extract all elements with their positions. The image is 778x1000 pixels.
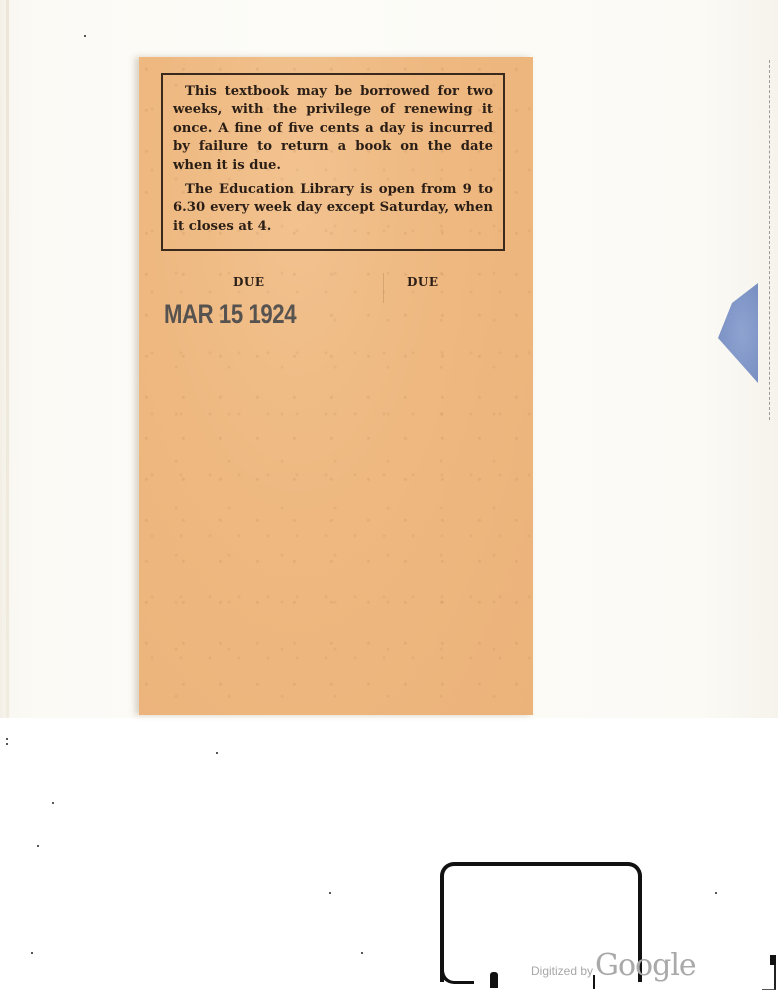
spine-shadow: [6, 0, 9, 718]
speck: [216, 752, 218, 754]
corner-mark: [762, 955, 776, 990]
loan-policy-text: This textbook may be borrowed for two we…: [173, 83, 493, 175]
speck: [6, 743, 8, 745]
speck: [84, 35, 86, 37]
speck: [52, 802, 54, 804]
speck: [6, 738, 8, 740]
page-edge-line: [769, 60, 771, 420]
blue-page-tab: [718, 283, 758, 383]
speck: [37, 845, 39, 847]
speck: [715, 892, 717, 894]
library-hours-text: The Education Library is open from 9 to …: [173, 181, 493, 236]
speck: [361, 952, 363, 954]
watermark-brand: Google: [595, 948, 696, 983]
ink-mark: [490, 972, 498, 988]
watermark-prefix: Digitized by: [531, 964, 593, 978]
due-column-right-label: DUE: [407, 275, 439, 289]
speck: [329, 892, 331, 894]
column-divider: [383, 273, 384, 303]
due-date-stamp: MAR 15 1924: [164, 299, 296, 330]
due-column-left-label: DUE: [233, 275, 265, 289]
digitized-watermark: Digitized by Google: [531, 948, 696, 983]
speck: [31, 952, 33, 954]
borrowing-notice: This textbook may be borrowed for two we…: [161, 73, 505, 251]
date-due-slip: This textbook may be borrowed for two we…: [139, 57, 533, 715]
scanned-page: This textbook may be borrowed for two we…: [0, 0, 778, 718]
